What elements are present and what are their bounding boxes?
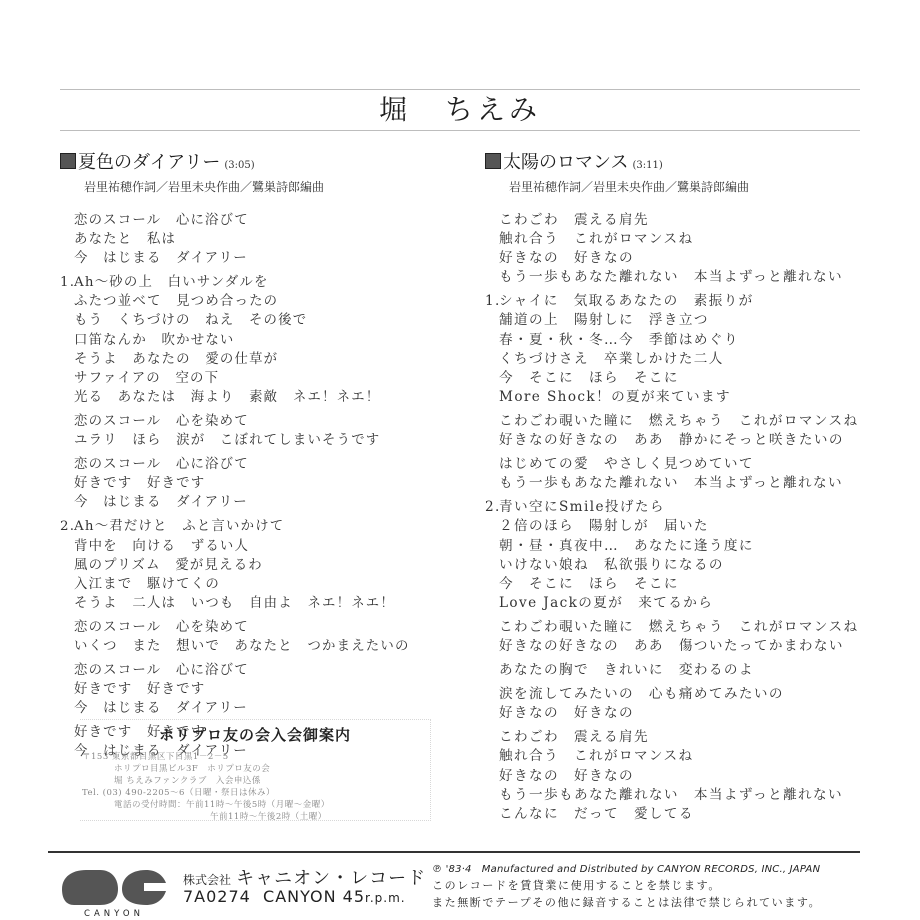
lyric-text: 口笛なんか 吹かせない (74, 333, 235, 348)
lyric-text: 好きです 好きです (74, 682, 205, 697)
lyric-line: はじめての愛 やさしく見つめていて (485, 455, 885, 474)
record-speed: 45 (343, 887, 365, 906)
lyric-line: サファイアの 空の下 (60, 369, 455, 388)
lyric-text: そうよ 二人は いつも 自由よ ネエ！ネエ！ (74, 596, 395, 611)
lyric-text: シャイに 気取るあなたの 素振りが (499, 293, 754, 309)
lyric-text: 入江まで 駆けてくの (74, 577, 220, 592)
lyric-line: こわごわ 震える肩先 (485, 728, 885, 747)
lyric-line: 触れ合う これがロマンスね (485, 230, 885, 249)
lyric-text: 好きなの好きなの ああ 傷ついたってかまわない (499, 638, 844, 654)
lyric-line: 好きなの 好きなの (485, 249, 885, 268)
lyric-text: 舗道の上 陽射しに 浮き立つ (499, 312, 709, 328)
lyric-text: もう くちづけの ねえ その後で (74, 313, 307, 328)
lyric-line: 朝・昼・真夜中… あなたに逢う度に (485, 537, 885, 556)
lyric-line: もう一歩もあなた離れない 本当よずっと離れない (485, 268, 885, 287)
song-title-row: 夏色のダイアリー (3:05) (60, 152, 455, 177)
lyric-line: そうよ 二人は いつも 自由よ ネエ！ネエ！ (60, 594, 455, 613)
lyric-stanza: こわごわ覗いた瞳に 燃えちゃう これがロマンスね好きなの好きなの ああ 静かにそ… (485, 412, 885, 450)
lyric-text: はじめての愛 やさしく見つめていて (499, 456, 754, 472)
lyric-line: 涙を流してみたいの 心も痛めてみたいの (485, 685, 885, 704)
lyric-line: 入江まで 駆けてくの (60, 575, 455, 594)
lyric-line: 今 そこに ほら そこに (485, 369, 885, 388)
lyric-text: 好きなの 好きなの (499, 768, 634, 784)
artist-given-name: ちえみ (445, 93, 541, 126)
lyric-line: 好きなの 好きなの (485, 704, 885, 723)
lyric-stanza: 涙を流してみたいの 心も痛めてみたいの好きなの 好きなの (485, 685, 885, 723)
fan-club-hours-2: 午前11時～午後2時（土曜） (210, 810, 327, 822)
lyric-text: 今 はじまる ダイアリー (74, 701, 248, 716)
record-speed-unit: r.p.m. (365, 891, 406, 905)
fan-club-title: ホリプロ友の会入会御案内 (80, 724, 430, 745)
fan-club-address-2: ホリプロ目黒ビル3F ホリプロ友の会 (114, 762, 270, 774)
rental-notice: このレコードを賃貸業に使用することを禁じます。 (432, 877, 821, 894)
song-duration: (3:05) (224, 155, 254, 177)
lyric-line: あなたと 私は (60, 230, 455, 249)
lyric-text: 好きなの好きなの ああ 静かにそっと咲きたいの (499, 432, 844, 448)
lyric-text: Ah～砂の上 白いサンダルを (74, 275, 269, 290)
lyric-line: こわごわ 震える肩先 (485, 211, 885, 230)
lyric-line: 好きなの 好きなの (485, 767, 885, 786)
lyric-text: 朝・昼・真夜中… あなたに逢う度に (499, 538, 754, 554)
lyric-line: ユラリ ほら 涙が こぼれてしまいそうです (60, 431, 455, 450)
song-duration: (3:11) (632, 155, 662, 177)
lyric-line: 触れ合う これがロマンスね (485, 747, 885, 766)
lyric-line: 春・夏・秋・冬…今 季節はめぐり (485, 331, 885, 350)
lyric-text: 光る あなたは 海より 素敵 ネエ！ネエ！ (74, 390, 380, 405)
lyric-line: More Shock！の夏が来ています (485, 388, 885, 407)
lyric-stanza: 恋のスコール 心に浴びて好きです 好きです今 はじまる ダイアリー (60, 661, 455, 718)
lyric-text: 恋のスコール 心を染めて (74, 620, 249, 635)
song-credits: 岩里祐穂作詞／岩里未央作曲／鷺巣詩郎編曲 (84, 179, 455, 195)
lyric-stanza: 恋のスコール 心を染めていくつ また 想いで あなたと つかまえたいの (60, 618, 455, 656)
lyric-text: こんなに だって 愛してる (499, 806, 694, 822)
lyric-text: ふたつ並べて 見つめ合ったの (74, 294, 278, 309)
lyric-line: 恋のスコール 心を染めて (60, 618, 455, 637)
song-natsuiro-no-diary: 夏色のダイアリー (3:05) 岩里祐穂作詞／岩里未央作曲／鷺巣詩郎編曲 恋のス… (60, 152, 455, 767)
artist-name: 堀ちえみ (0, 90, 920, 130)
lyric-text: 恋のスコール 心に浴びて (74, 663, 249, 678)
lyric-line: 恋のスコール 心を染めて (60, 412, 455, 431)
lyric-text: 恋のスコール 心に浴びて (74, 457, 249, 472)
lyric-stanza: こわごわ 震える肩先触れ合う これがロマンスね好きなの 好きなのもう一歩もあなた… (485, 728, 885, 823)
svg-text:CANYON: CANYON (84, 909, 144, 917)
lyric-line: あなたの胸で きれいに 変わるのよ (485, 661, 885, 680)
company-label: キャニオン・レコード (236, 868, 426, 889)
header-rule-bottom (60, 130, 860, 131)
song-title: 太陽のロマンス (503, 152, 628, 174)
lyric-line: 恋のスコール 心に浴びて (60, 455, 455, 474)
fan-club-hours-1: 電話の受付時間：午前11時～午後5時（月曜～金曜） (114, 798, 330, 810)
company-prefix: 株式会社 (183, 873, 231, 887)
lyrics: こわごわ 震える肩先触れ合う これがロマンスね好きなの 好きなのもう一歩もあなた… (485, 211, 885, 824)
lyric-line: 好きなの好きなの ああ 静かにそっと咲きたいの (485, 431, 885, 450)
lyric-text: こわごわ覗いた瞳に 燃えちゃう これがロマンスね (499, 413, 858, 429)
verse-number: 2. (60, 517, 75, 536)
lyric-text: あなたの胸で きれいに 変わるのよ (499, 662, 754, 678)
lyric-text: ２倍のほら 陽射しが 届いた (499, 518, 709, 534)
lyric-line: 好きです 好きです (60, 474, 455, 493)
lyric-line: 恋のスコール 心に浴びて (60, 211, 455, 230)
lyric-stanza: 恋のスコール 心に浴びてあなたと 私は今 はじまる ダイアリー (60, 211, 455, 268)
lyric-text: 青い空にSmile投げたら (499, 499, 665, 515)
square-bullet-icon (485, 153, 501, 169)
canyon-logo-icon: CANYON (60, 867, 168, 917)
lyric-text: もう一歩もあなた離れない 本当よずっと離れない (499, 475, 843, 491)
lyric-text: 春・夏・秋・冬…今 季節はめぐり (499, 332, 739, 348)
lyric-line: いけない娘ね 私欲張りになるの (485, 556, 885, 575)
lyric-stanza: 恋のスコール 心に浴びて好きです 好きです今 はじまる ダイアリー (60, 455, 455, 512)
lyric-text: 恋のスコール 心に浴びて (74, 213, 249, 228)
fan-club-box: ホリプロ友の会入会御案内 〒153 東京都目黒区下目黒1－2－5 ホリプロ目黒ビ… (80, 719, 431, 821)
lyric-stanza: こわごわ覗いた瞳に 燃えちゃう これがロマンスね好きなの好きなの ああ 傷ついた… (485, 618, 885, 656)
lyric-line: 口笛なんか 吹かせない (60, 331, 455, 350)
lyric-line: 今 はじまる ダイアリー (60, 249, 455, 268)
lyric-line: もう一歩もあなた離れない 本当よずっと離れない (485, 474, 885, 493)
lyric-text: くちづけさえ 卒業しかけた二人 (499, 351, 724, 367)
lyric-line: 1.Ah～砂の上 白いサンダルを (60, 273, 455, 292)
lyric-stanza: 2.Ah～君だけと ふと言いかけて背中を 向ける ずるい人風のプリズム 愛が見え… (60, 517, 455, 612)
song-credits: 岩里祐穂作詞／岩里未央作曲／鷺巣詩郎編曲 (509, 179, 885, 195)
lyric-line: 背中を 向ける ずるい人 (60, 537, 455, 556)
verse-number: 1. (485, 292, 501, 311)
fan-club-tel: Tel. (03) 490-2205〜6（日曜・祭日は休み） (82, 786, 275, 798)
lyric-line: もう一歩もあなた離れない 本当よずっと離れない (485, 786, 885, 805)
lyric-line: くちづけさえ 卒業しかけた二人 (485, 350, 885, 369)
lyric-stanza: 恋のスコール 心を染めてユラリ ほら 涙が こぼれてしまいそうです (60, 412, 455, 450)
lyric-stanza: はじめての愛 やさしく見つめていてもう一歩もあなた離れない 本当よずっと離れない (485, 455, 885, 493)
lyric-line: 好きなの好きなの ああ 傷ついたってかまわない (485, 637, 885, 656)
lyric-line: 風のプリズム 愛が見えるわ (60, 556, 455, 575)
lyric-line: こわごわ覗いた瞳に 燃えちゃう これがロマンスね (485, 618, 885, 637)
lyric-text: 今 そこに ほら そこに (499, 370, 679, 386)
artist-surname: 堀 (379, 93, 411, 126)
lyric-line: もう くちづけの ねえ その後で (60, 311, 455, 330)
lyric-text: 今 はじまる ダイアリー (74, 251, 248, 266)
lyric-stanza: 1.シャイに 気取るあなたの 素振りが舗道の上 陽射しに 浮き立つ春・夏・秋・冬… (485, 292, 885, 407)
lyric-text: 背中を 向ける ずるい人 (74, 539, 249, 554)
lyric-text: あなたと 私は (74, 232, 176, 247)
lyric-line: こんなに だって 愛してる (485, 805, 885, 824)
lyric-text: こわごわ 震える肩先 (499, 729, 649, 745)
lyric-line: 舗道の上 陽射しに 浮き立つ (485, 311, 885, 330)
recording-notice: また無断でテープその他に録音することは法律で禁じられています。 (432, 894, 821, 911)
fan-club-address-3: 堀 ちえみファンクラブ 入会申込係 (114, 774, 261, 786)
lyric-text: サファイアの 空の下 (74, 371, 219, 386)
lyric-text: Ah～君だけと ふと言いかけて (74, 519, 284, 534)
lyric-text: ユラリ ほら 涙が こぼれてしまいそうです (74, 433, 380, 448)
lyric-line: 2.青い空にSmile投げたら (485, 498, 885, 517)
lyric-text: 好きなの 好きなの (499, 250, 634, 266)
lyric-line: そうよ あなたの 愛の仕草が (60, 350, 455, 369)
lyric-line: ふたつ並べて 見つめ合ったの (60, 292, 455, 311)
lyric-stanza: こわごわ 震える肩先触れ合う これがロマンスね好きなの 好きなのもう一歩もあなた… (485, 211, 885, 287)
lyric-text: いくつ また 想いで あなたと つかまえたいの (74, 639, 410, 654)
verse-number: 1. (60, 273, 75, 292)
lyric-text: 触れ合う これがロマンスね (499, 231, 694, 247)
lyric-line: ２倍のほら 陽射しが 届いた (485, 517, 885, 536)
song-title: 夏色のダイアリー (78, 152, 220, 174)
lyric-line: 2.Ah～君だけと ふと言いかけて (60, 517, 455, 536)
lyric-text: 好きなの 好きなの (499, 705, 634, 721)
song-title-row: 太陽のロマンス (3:11) (485, 152, 885, 177)
manufactured-by: ℗ '83·4 Manufactured and Distributed by … (432, 862, 821, 877)
lyric-stanza: 1.Ah～砂の上 白いサンダルをふたつ並べて 見つめ合ったのもう くちづけの ね… (60, 273, 455, 407)
lyric-line: 今 はじまる ダイアリー (60, 699, 455, 718)
lyric-text: もう一歩もあなた離れない 本当よずっと離れない (499, 787, 843, 803)
lyric-stanza: あなたの胸で きれいに 変わるのよ (485, 661, 885, 680)
lyric-line: 1.シャイに 気取るあなたの 素振りが (485, 292, 885, 311)
lyric-text: いけない娘ね 私欲張りになるの (499, 557, 724, 573)
lyric-line: こわごわ覗いた瞳に 燃えちゃう これがロマンスね (485, 412, 885, 431)
fan-club-address-1: 〒153 東京都目黒区下目黒1－2－5 (82, 750, 229, 762)
lyric-text: 風のプリズム 愛が見えるわ (74, 558, 263, 573)
lyric-line: いくつ また 想いで あなたと つかまえたいの (60, 637, 455, 656)
catalog-number: 7A0274 (183, 887, 251, 906)
lyric-line: 今 そこに ほら そこに (485, 575, 885, 594)
song-taiyou-no-romance: 太陽のロマンス (3:11) 岩里祐穂作詞／岩里未央作曲／鷺巣詩郎編曲 こわごわ… (485, 152, 885, 829)
lyric-text: そうよ あなたの 愛の仕草が (74, 352, 278, 367)
footer-rule (48, 851, 860, 853)
catalog-info: 7A0274 CANYON 45r.p.m. (183, 887, 406, 906)
lyric-text: More Shock！の夏が来ています (499, 389, 731, 405)
lyric-text: 涙を流してみたいの 心も痛めてみたいの (499, 686, 784, 702)
lyric-text: 今 はじまる ダイアリー (74, 495, 248, 510)
lyric-line: Love Jackの夏が 来てるから (485, 594, 885, 613)
legal-notice: ℗ '83·4 Manufactured and Distributed by … (432, 862, 821, 911)
lyric-text: こわごわ覗いた瞳に 燃えちゃう これがロマンスね (499, 619, 858, 635)
lyric-text: もう一歩もあなた離れない 本当よずっと離れない (499, 269, 843, 285)
lyric-text: 恋のスコール 心を染めて (74, 414, 249, 429)
lyric-text: 今 そこに ほら そこに (499, 576, 679, 592)
lyric-line: 恋のスコール 心に浴びて (60, 661, 455, 680)
lyric-line: 光る あなたは 海より 素敵 ネエ！ネエ！ (60, 388, 455, 407)
lyric-text: Love Jackの夏が 来てるから (499, 595, 713, 611)
lyric-text: こわごわ 震える肩先 (499, 212, 649, 228)
lyric-text: 触れ合う これがロマンスね (499, 748, 694, 764)
verse-number: 2. (485, 498, 501, 517)
lyric-line: 好きです 好きです (60, 680, 455, 699)
lyric-text: 好きです 好きです (74, 476, 205, 491)
lyric-line: 今 はじまる ダイアリー (60, 493, 455, 512)
lyrics: 恋のスコール 心に浴びてあなたと 私は今 はじまる ダイアリー1.Ah～砂の上 … (60, 211, 455, 762)
square-bullet-icon (60, 153, 76, 169)
lyric-stanza: 2.青い空にSmile投げたら２倍のほら 陽射しが 届いた朝・昼・真夜中… あな… (485, 498, 885, 613)
record-label: CANYON (263, 887, 337, 906)
